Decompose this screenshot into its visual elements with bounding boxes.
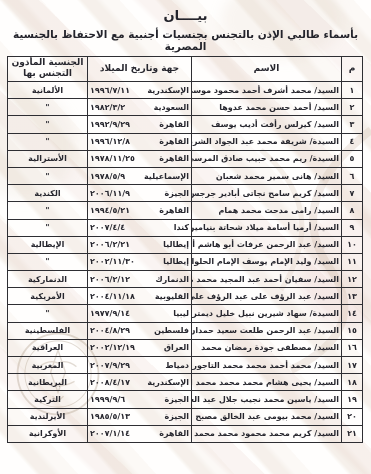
table-row: ١١ السيد/ وليد الإمام يوسف الإمام الحلوا… [8,253,363,270]
table-row: ١٠ السيد/ عبد الرحمن عرفات أبو هاشم أحمد… [8,236,363,253]
nationality-cell: الدنماركية [8,271,88,288]
birth-date: ١٩٩٦/٧/١١ [90,86,130,95]
table-row: ١٥ السيد/ عبد الرحمن طلعت سعيد حمدان محم… [8,322,363,339]
birth-date: ١٩٩٩/٩/٦ [90,395,125,404]
name-cell: السيد/ محمد بيومى عبد الخالق مصبح [192,408,342,425]
birth-cell: الإسماعيلية ١٩٧٨/٥/٩ [88,167,192,184]
header-nationality: الجنسية المأذون التجنس بها [8,57,88,82]
nationality-cell: المغربية [8,357,88,374]
birth-date: ١٩٩٦/١٢/٨ [90,137,130,146]
birth-date: ٢٠٠٤/٨/٢٩ [90,326,130,335]
name-cell: السيد/ محمد أشرف أحمد محمود موسى [192,82,342,99]
page-subtitle: بأسماء طالبي الإذن بالتجنس بجنسيات أجنبي… [0,29,371,53]
row-index-cell: ٢ [342,99,363,116]
table-row: ٢٠ السيد/ محمد بيومى عبد الخالق مصبح الج… [8,408,363,425]
table-row: ١٦ السيد/ مصطفى جودة رمضان محمد العراق ٢… [8,339,363,356]
birth-place: الدنمارك [155,275,189,284]
birth-place: العراق [164,343,189,352]
name-cell: السيد/ عبد الرحمن طلعت سعيد حمدان محمود … [192,322,342,339]
birth-date: ١٩٧٨/٥/٩ [90,172,125,181]
header-name: الاسم [192,57,342,82]
name-cell: السيد/ ياسين محمد نجيب جلال عبد العال [192,391,342,408]
name-cell: السيدة/ ريم محمد حبيب صادق المرسى [192,150,342,167]
nationality-cell: الأوكرانية [8,425,88,442]
nationality-cell: الألمانية [8,82,88,99]
birth-date: ١٩٧٧/٩/١٤ [90,309,130,318]
table-row: ١٣ السيد/ عبد الرؤف على عبد الرؤف على إب… [8,288,363,305]
nationality-cell: العراقية [8,339,88,356]
row-index-cell: ٤ [342,133,363,150]
birth-date: ٢٠٠٧/٤/٤ [90,223,125,232]
birth-place: الإسماعيلية [144,172,189,181]
header-nationality-line2: التجنس بها [10,69,85,80]
birth-place: إيطاليا [163,257,189,266]
name-cell: السيد/ وليد الإمام يوسف الإمام الحلوانى [192,253,342,270]
birth-place: السعودية [154,103,189,112]
birth-cell: السعودية ١٩٨٢/٣/٢ [88,99,192,116]
nationality-cell: الأيرلندية [8,408,88,425]
name-cell: السيدة/ سهاد شيرين نبيل خليل ديمترى [192,305,342,322]
name-cell: السيد/ سفيان أحمد عبد المجيد محمد محمد م… [192,271,342,288]
row-index-cell: ١٢ [342,271,363,288]
birth-place: الجيزة [165,189,189,198]
birth-cell: القاهرة ٢٠٠٧/١/١٤ [88,425,192,442]
row-index-cell: ٧ [342,185,363,202]
row-index-cell: ١١ [342,253,363,270]
birth-date: ١٩٨٥/٥/١٣ [90,412,130,421]
birth-cell: الجيزة ١٩٩٩/٩/٦ [88,391,192,408]
birth-cell: الإسكندرية ١٩٩٦/٧/١١ [88,82,192,99]
birth-cell: كندا ٢٠٠٧/٤/٤ [88,219,192,236]
birth-date: ١٩٩٤/٥/٢١ [90,206,130,215]
birth-date: ١٩٨٢/٣/٢ [90,103,125,112]
table-header: م الاسم جهة وتاريخ الميلاد الجنسية المأذ… [8,57,363,82]
table-row: ٩ السيد/ أرميا أسامة ميلاد شحاتة بنيامين… [8,219,363,236]
nationality-cell: الأسترالية [8,150,88,167]
row-index-cell: ١٥ [342,322,363,339]
birth-place: القاهرة [159,206,189,215]
birth-cell: إيطاليا ٢٠٠٦/٢/٢١ [88,236,192,253]
birth-date: ٢٠٠٢/١١/٣٠ [90,257,135,266]
table-row: ٧ السيد/ كريم سامح نجاتى أبادير جرجس الج… [8,185,363,202]
birth-cell: دمياط ٢٠٠٧/٩/٢٩ [88,357,192,374]
birth-date: ٢٠٠٧/١/١٤ [90,429,130,438]
document-page: بيــــان بأسماء طالبي الإذن بالتجنس بجنس… [0,0,371,474]
nationality-cell: " [8,133,88,150]
header-nationality-line1: الجنسية المأذون [10,58,85,69]
name-cell: السيد/ مصطفى جودة رمضان محمد [192,339,342,356]
nationality-cell: " [8,116,88,133]
header-row: م الاسم جهة وتاريخ الميلاد الجنسية المأذ… [8,57,363,82]
birth-place: الإسكندرية [147,86,189,95]
nationality-cell: الكندية [8,185,88,202]
birth-cell: إيطاليا ٢٠٠٢/١١/٣٠ [88,253,192,270]
birth-cell: الجيزة ٢٠٠٦/١١/٩ [88,185,192,202]
name-cell: السيد/ أحمد حسن محمد عدوها [192,99,342,116]
row-index-cell: ١٦ [342,339,363,356]
nationality-cell: " [8,219,88,236]
row-index-cell: ١٠ [342,236,363,253]
table-row: ١٨ السيد/ يحيى هشام محمد محمد محمد العجم… [8,374,363,391]
nationality-cell: الأمريكية [8,288,88,305]
row-index-cell: ٢١ [342,425,363,442]
table-row: ١ السيد/ محمد أشرف أحمد محمود موسى الإسك… [8,82,363,99]
birth-cell: الجيزة ١٩٨٥/٥/١٣ [88,408,192,425]
nationality-cell: " [8,99,88,116]
birth-cell: ليبيا ١٩٧٧/٩/١٤ [88,305,192,322]
birth-place: ليبيا [173,309,189,318]
birth-date: ٢٠٠٦/١١/٩ [90,189,130,198]
birth-date: ٢٠٠٦/٢/٢١ [90,240,130,249]
name-cell: السيد/ عبد الرؤف على عبد الرؤف على إبراه… [192,288,342,305]
birth-date: ٢٠٠٤/١١/١٨ [90,292,135,301]
name-cell: السيد/ هانى سمير محمد شعبان [192,167,342,184]
birth-date: ١٩٩٢/٩/٢٩ [90,120,130,129]
table-body: ١ السيد/ محمد أشرف أحمد محمود موسى الإسك… [8,82,363,443]
row-index-cell: ٥ [342,150,363,167]
birth-date: ٢٠٠٨/٤/١٧ [90,378,130,387]
table-row: ٥ السيدة/ ريم محمد حبيب صادق المرسى القا… [8,150,363,167]
birth-place: الجيزة [165,395,189,404]
birth-place: القليوبية [155,292,189,301]
birth-cell: القاهرة ١٩٩٤/٥/٢١ [88,202,192,219]
name-cell: السيد/ يحيى هشام محمد محمد محمد العجمى [192,374,342,391]
birth-date: ٢٠٠٢/١٢/١٩ [90,343,135,352]
applicants-table: م الاسم جهة وتاريخ الميلاد الجنسية المأذ… [7,56,363,443]
birth-place: إيطاليا [163,240,189,249]
nationality-cell: البريطانية [8,374,88,391]
name-cell: السيد/ عبد الرحمن عرفات أبو هاشم أحمد [192,236,342,253]
name-cell: السيد/ كريم محمد محمود محمد محمد [192,425,342,442]
birth-date: ٢٠٠٧/٩/٢٩ [90,361,130,370]
birth-place: القاهرة [159,154,189,163]
birth-cell: فلسطين ٢٠٠٤/٨/٢٩ [88,322,192,339]
birth-place: القاهرة [159,120,189,129]
table-row: ٢١ السيد/ كريم محمد محمود محمد محمد القا… [8,425,363,442]
birth-place: كندا [174,223,189,232]
nationality-cell: " [8,167,88,184]
row-index-cell: ٢٠ [342,408,363,425]
row-index-cell: ٩ [342,219,363,236]
row-index-cell: ٣ [342,116,363,133]
nationality-cell: " [8,253,88,270]
nationality-cell: الإيطالية [8,236,88,253]
table-row: ١٤ السيدة/ سهاد شيرين نبيل خليل ديمترى ل… [8,305,363,322]
name-cell: السيد/ كريم سامح نجاتى أبادير جرجس [192,185,342,202]
table-row: ٢ السيد/ أحمد حسن محمد عدوها السعودية ١٩… [8,99,363,116]
table-row: ١٢ السيد/ سفيان أحمد عبد المجيد محمد محم… [8,271,363,288]
row-index-cell: ١٤ [342,305,363,322]
name-cell: السيد/ كيرلس رأفت أديب يوسف [192,116,342,133]
birth-place: دمياط [165,361,189,370]
table-row: ٣ السيد/ كيرلس رأفت أديب يوسف القاهرة ١٩… [8,116,363,133]
birth-cell: القاهرة ١٩٩٢/٩/٢٩ [88,116,192,133]
birth-date: ٢٠٠٦/٢/١٢ [90,275,130,284]
birth-place: القاهرة [159,137,189,146]
nationality-cell: " [8,305,88,322]
birth-place: الجيزة [165,412,189,421]
header-index: م [342,57,363,82]
birth-date: ١٩٧٨/١١/٢٥ [90,154,135,163]
birth-place: القاهرة [159,429,189,438]
row-index-cell: ١٩ [342,391,363,408]
row-index-cell: ٦ [342,167,363,184]
row-index-cell: ٨ [342,202,363,219]
birth-cell: القاهرة ١٩٩٦/١٢/٨ [88,133,192,150]
birth-cell: الدنمارك ٢٠٠٦/٢/١٢ [88,271,192,288]
name-cell: السيدة/ شريفة محمد عبد الجواد الشربينى [192,133,342,150]
table-row: ١٧ السيد/ محمد أحمد محمد محمد التاجورى د… [8,357,363,374]
birth-place: الإسكندرية [147,378,189,387]
table-row: ٦ السيد/ هانى سمير محمد شعبان الإسماعيلي… [8,167,363,184]
birth-place: فلسطين [154,326,189,335]
row-index-cell: ١٨ [342,374,363,391]
birth-cell: القليوبية ٢٠٠٤/١١/١٨ [88,288,192,305]
row-index-cell: ١٣ [342,288,363,305]
birth-cell: الإسكندرية ٢٠٠٨/٤/١٧ [88,374,192,391]
table-row: ٨ السيد/ رامى مدحت محمد همام القاهرة ١٩٩… [8,202,363,219]
row-index-cell: ١٧ [342,357,363,374]
header-birth: جهة وتاريخ الميلاد [88,57,192,82]
name-cell: السيد/ محمد أحمد محمد محمد التاجورى [192,357,342,374]
nationality-cell: التركية [8,391,88,408]
birth-cell: العراق ٢٠٠٢/١٢/١٩ [88,339,192,356]
table-row: ١٩ السيد/ ياسين محمد نجيب جلال عبد العال… [8,391,363,408]
name-cell: السيد/ أرميا أسامة ميلاد شحاتة بنيامين [192,219,342,236]
nationality-cell: " [8,202,88,219]
name-cell: السيد/ رامى مدحت محمد همام [192,202,342,219]
row-index-cell: ١ [342,82,363,99]
nationality-cell: الفلسطينية [8,322,88,339]
page-title: بيــــان [0,0,371,24]
birth-cell: القاهرة ١٩٧٨/١١/٢٥ [88,150,192,167]
table-row: ٤ السيدة/ شريفة محمد عبد الجواد الشربينى… [8,133,363,150]
